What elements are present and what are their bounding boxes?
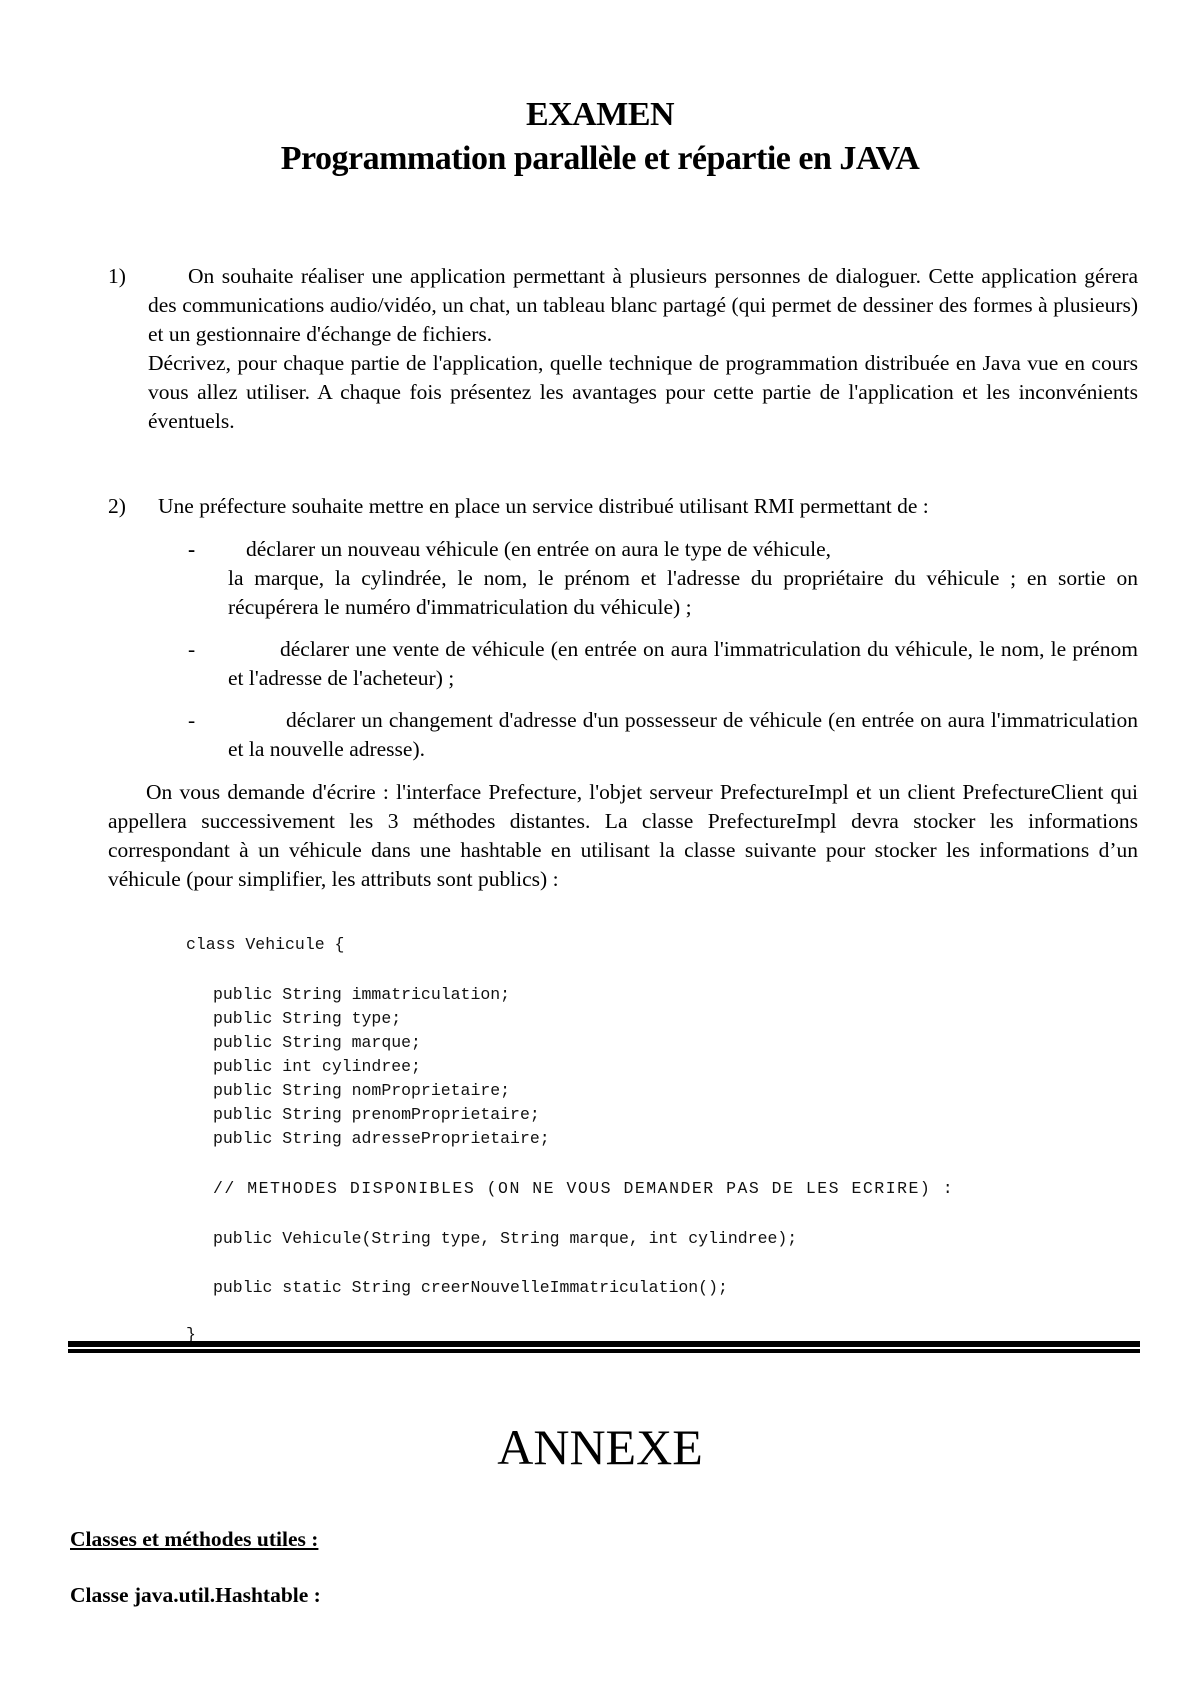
bullet-3: déclarer un changement d'adresse d'un po… xyxy=(228,706,1138,764)
code-static-method: public static String creerNouvelleImmatr… xyxy=(213,1276,728,1300)
code-field: public String prenomProprietaire; xyxy=(213,1103,540,1127)
code-field: public String adresseProprietaire; xyxy=(213,1127,550,1151)
bullet-1-first-line: déclarer un nouveau véhicule (en entrée … xyxy=(246,535,1136,564)
annexe-section-heading: Classes et méthodes utiles : xyxy=(70,1527,318,1552)
code-field: public String type; xyxy=(213,1007,401,1031)
exam-subtitle: Programmation parallèle et répartie en J… xyxy=(0,140,1200,178)
bullet-2: déclarer une vente de véhicule (en entré… xyxy=(228,635,1138,693)
question-1-number: 1) xyxy=(108,262,126,291)
code-field: public String immatriculation; xyxy=(213,983,510,1007)
code-field: public int cylindree; xyxy=(213,1055,421,1079)
code-comment: // METHODES DISPONIBLES (ON NE VOUS DEMA… xyxy=(213,1177,954,1201)
bullet-marker: - xyxy=(188,706,195,735)
question-1-paragraph-1: On souhaite réaliser une application per… xyxy=(148,262,1138,349)
separator-thick xyxy=(68,1341,1140,1347)
bullet-marker: - xyxy=(188,635,195,664)
code-field: public String nomProprietaire; xyxy=(213,1079,510,1103)
annexe-title: ANNEXE xyxy=(0,1418,1200,1476)
bullet-marker: - xyxy=(188,535,195,564)
question-2-instructions: On vous demande d'écrire : l'interface P… xyxy=(108,778,1138,894)
annexe-class-heading: Classe java.util.Hashtable : xyxy=(70,1583,321,1608)
exam-title: EXAMEN xyxy=(0,96,1200,134)
code-constructor: public Vehicule(String type, String marq… xyxy=(213,1227,797,1251)
code-class-open: class Vehicule { xyxy=(186,933,344,957)
bullet-1-rest: la marque, la cylindrée, le nom, le prén… xyxy=(228,564,1138,622)
question-1-paragraph-2: Décrivez, pour chaque partie de l'applic… xyxy=(148,349,1138,436)
question-2-intro: Une préfecture souhaite mettre en place … xyxy=(158,492,1138,521)
question-2-number: 2) xyxy=(108,492,126,521)
code-field: public String marque; xyxy=(213,1031,421,1055)
separator-thin xyxy=(68,1349,1140,1353)
